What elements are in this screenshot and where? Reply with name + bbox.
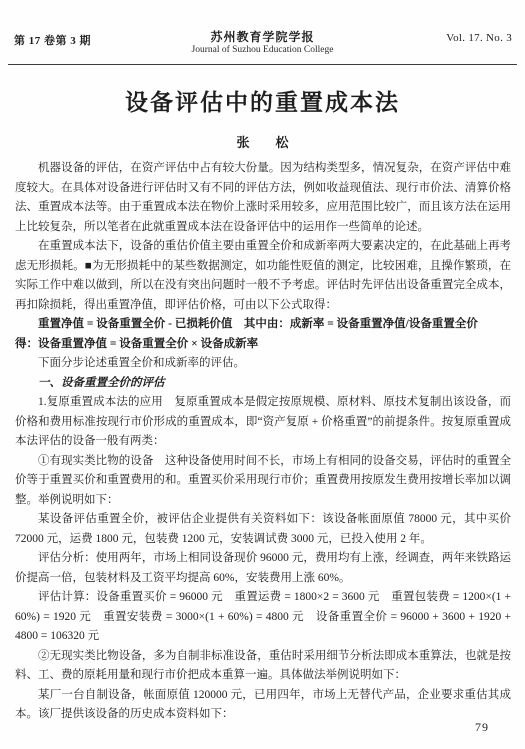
paragraph-self-made-example: 某厂一台自制设备，帐面原值 120000 元，已用四年，市场上无替代产品，企业要… — [15, 686, 511, 725]
article-title: 设备评估中的重置成本法 — [0, 84, 525, 117]
page-number: 79 — [475, 720, 489, 735]
paragraph-intro: 机器设备的评估，在资产评估中占有较大份量。因为结构类型多，情况复杂，在资产评估中… — [15, 159, 511, 237]
paragraph-example-data: 某设备评估重置全价，被评估企业提供有关资料如下：该设备帐面原值 78000 元，… — [15, 510, 511, 549]
journal-name-en: Journal of Suzhou Education College — [0, 45, 525, 57]
paragraph-type-2: ②无现实类比物设备，多为自制非标准设备，重估时采用细节分析法即成本重算法，也就是… — [15, 647, 511, 686]
journal-page: 第 17 卷第 3 期 苏州教育学院学报 Journal of Suzhou E… — [0, 0, 525, 749]
formula-line-2: 得：设备重置净值 = 设备重置全价 × 设备成新率 — [15, 335, 511, 355]
formula-line-1: 重置净值 = 设备重置全价 - 已损耗价值 其中由：成新率 = 设备重置净值/设… — [15, 315, 511, 335]
article-body: 机器设备的评估，在资产评估中占有较大份量。因为结构类型多，情况复杂，在资产评估中… — [15, 159, 511, 725]
article-author: 张 松 — [0, 132, 525, 151]
paragraph-type-1: ①有现实类比物的设备 这种设备使用时间不长，市场上有相同的设备交易，评估时的重置… — [15, 452, 511, 511]
header-rule — [8, 64, 517, 65]
paragraph-transition: 下面分步论述重置全价和成新率的评估。 — [15, 354, 511, 374]
section-heading-1: 一、设备重置全价的评估 — [15, 374, 511, 394]
paragraph-calculation: 评估计算：设备重置买价 = 96000 元 重置运费 = 1800×2 = 36… — [15, 588, 511, 647]
paragraph-restore-method: 1.复原重置成本法的应用 复原重置成本是假定按原规模、原材料、原技术复制出该设备… — [15, 393, 511, 452]
volume-info: Vol. 17. No. 3 — [446, 32, 512, 44]
paragraph-analysis: 评估分析：使用两年，市场上相同设备现价 96000 元，费用均有上涨，经调查，两… — [15, 549, 511, 588]
paragraph-method-overview: 在重置成本法下，设备的重估价值主要由重置全价和成新率两大要素决定的，在此基础上再… — [15, 237, 511, 315]
